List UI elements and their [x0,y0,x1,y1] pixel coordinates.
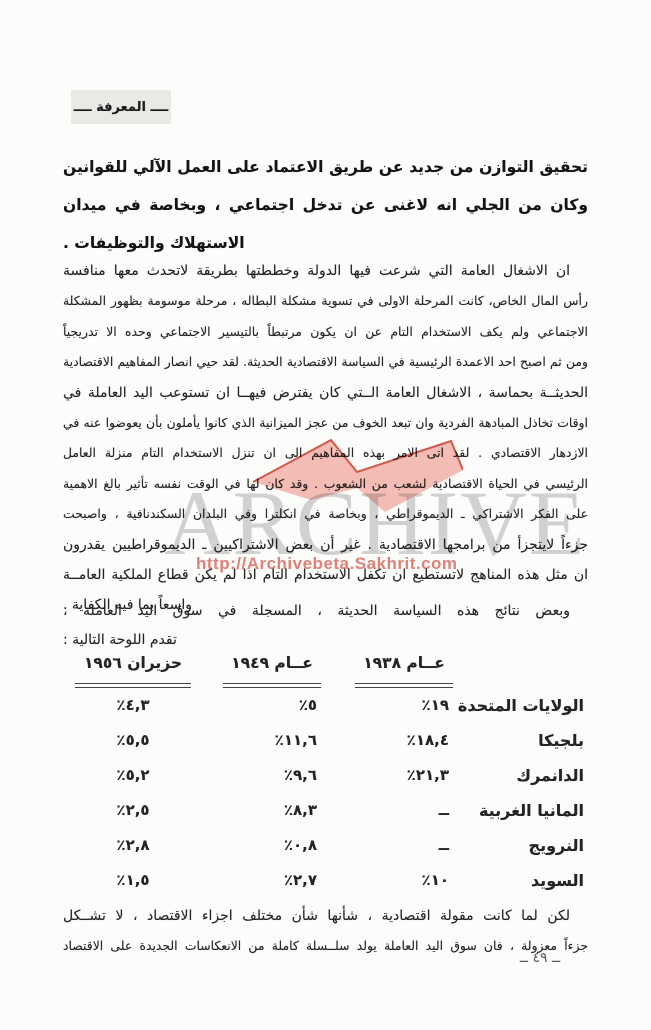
value-cell-1949: ٪٥ [225,696,317,714]
text-line: وكان من الجلي انه لاغنى عن تدخل اجتماعي … [63,186,588,224]
text-line: الرئيسي في الحياة الاقتصادية لشعب من الش… [63,469,588,499]
value-cell-1956: ٪٥,٢ [78,766,188,784]
text-line: رأس المال الخاص، كانت المرحلة الاولى في … [63,286,588,316]
page-number: ــ ٤٩ ــ [492,950,588,966]
header-underline [223,683,321,688]
header-underline [355,683,453,688]
scanned-book-page: ــــ المعرفة ــــ تحقيق التوازن من جديد … [0,0,651,1030]
text-line: اوقات تخاذل المبادهة الفردية وان تبعد ال… [63,408,588,438]
value-cell-1956: ٪١,٥ [78,871,188,889]
value-cell-1949: ٪٩,٦ [225,766,317,784]
table-header-1949: عــام ١٩٤٩ [223,654,321,672]
text-line: الازدهار الاقتصادي . لقد اتى الامر بهذه … [63,438,588,468]
value-cell-1956: ٪٢,٥ [78,801,188,819]
table-row: الدانمرك ٪٢١,٣ ٪٩,٦ ٪٥,٢ [63,766,588,796]
text-line: الحديثــة بحماسة ، الاشغال العامة الــتي… [63,378,588,408]
table-row: المانيا الغربية ــ ٪٨,٣ ٪٢,٥ [63,801,588,831]
journal-title: ــــ المعرفة ــــ [71,90,171,124]
table-row: بلجيكا ٪١٨,٤ ٪١١,٦ ٪٥,٥ [63,731,588,761]
table-row: النرويج ــ ٪٠,٨ ٪٢,٨ [63,836,588,866]
value-cell-1949: ٪١١,٦ [225,731,317,749]
unemployment-table: عــام ١٩٣٨ عــام ١٩٤٩ حزيران ١٩٥٦ الولاي… [63,652,588,910]
value-cell-1956: ٪٢,٨ [78,836,188,854]
text-line: ان مثل هذه المناهج لاتستطيع ان تكفل الاس… [63,560,588,590]
value-cell-1938: ٪١٠ [357,871,449,889]
table-header-1938: عــام ١٩٣٨ [355,654,453,672]
table-header-june-1956: حزيران ١٩٥٦ [75,654,191,672]
text-line: وبعض نتائج هذه السياسة الحديثة ، المسجلة… [63,597,588,626]
table-row: السويد ٪١٠ ٪٢,٧ ٪١,٥ [63,871,588,901]
value-cell-1938: ٪١٨,٤ [357,731,449,749]
table-lead-paragraph: وبعض نتائج هذه السياسة الحديثة ، المسجلة… [63,597,588,655]
value-cell-1938: ٪٢١,٣ [357,766,449,784]
value-cell-1938: ــ [357,801,449,819]
value-cell-1949: ٪٢,٧ [225,871,317,889]
value-cell-1938: ــ [357,836,449,854]
value-cell-1938: ٪١٩ [357,696,449,714]
value-cell-1949: ٪٨,٣ [225,801,317,819]
text-line: على الفكر الاشتراكي ـ الديموقراطي ، وبخا… [63,499,588,529]
intro-paragraph: تحقيق التوازن من جديد عن طريق الاعتماد ع… [63,148,588,262]
body-paragraph: ان الاشغال العامة التي شرعت فيها الدولة … [63,256,588,621]
text-line: لكن لما كانت مقولة اقتصادية ، شأنها شأن … [63,902,588,931]
value-cell-1949: ٪٠,٨ [225,836,317,854]
table-row: الولايات المتحدة ٪١٩ ٪٥ ٪٤,٣ [63,696,588,726]
value-cell-1956: ٪٤,٣ [78,696,188,714]
text-line: جزءاً لايتجزأ من برامجها الاقتصادية . غي… [63,530,588,560]
value-cell-1956: ٪٥,٥ [78,731,188,749]
text-line: الاجتماعي ولم يكف الاستخدام التام عن ان … [63,317,588,347]
text-line: ومن ثم اصبح احد الاعمدة الرئيسية في السي… [63,347,588,377]
header-underline [75,683,191,688]
text-line: ان الاشغال العامة التي شرعت فيها الدولة … [63,256,588,286]
text-line: تحقيق التوازن من جديد عن طريق الاعتماد ع… [63,148,588,186]
text-line: تقدم اللوحة التالية : [63,626,588,655]
